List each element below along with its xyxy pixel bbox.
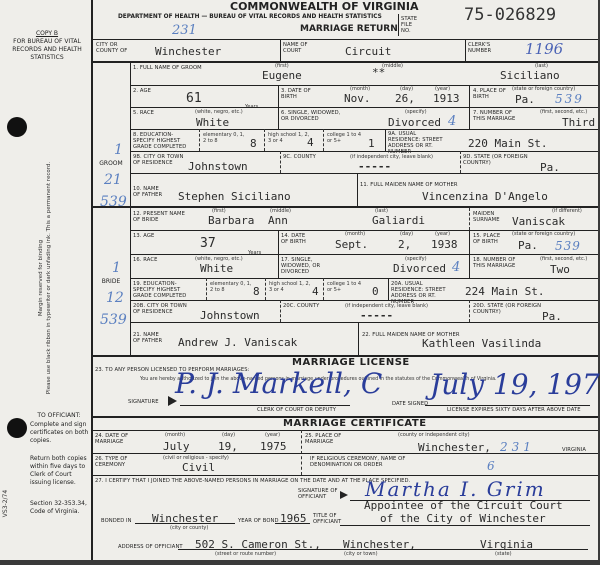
divider (469, 85, 470, 107)
court-value: Circuit (345, 46, 391, 58)
hint-day: (day) (222, 432, 235, 438)
divider (469, 300, 470, 322)
groom-marriage-number-label: 7. NUMBER OF THIS MARRIAGE (473, 110, 518, 122)
bond-year-label: YEAR OF BOND (238, 518, 279, 524)
college-hint: college 1 to 4 or 5+ (327, 281, 367, 293)
bride-race-label: 16. RACE (133, 257, 157, 263)
bride-father: Andrew J. Vaniscak (178, 337, 297, 349)
city-value: Winchester (155, 46, 221, 58)
marriage-place-code: 231 (500, 440, 535, 454)
marriage-year: 1975 (260, 441, 287, 453)
marriage-number-hint: (first, second, etc.) (540, 109, 587, 115)
maiden-hint: (if different) (552, 208, 582, 214)
groom-father: Stephen Siciliano (178, 191, 291, 203)
bride-marriage-number: Two (550, 264, 570, 276)
certify-statement: 27. I CERTIFY THAT I JOINED THE ABOVE-NA… (95, 478, 410, 484)
rule (135, 523, 235, 524)
divider (278, 85, 279, 107)
divider (265, 278, 266, 300)
divider (199, 129, 200, 151)
court-label: NAME OF COURT (283, 42, 313, 54)
divider (278, 230, 279, 254)
divider (469, 254, 470, 278)
bride-birthplace-label: 15. PLACE OF BIRTH (473, 233, 508, 245)
denomination-label: IF RELIGIOUS CEREMONY, NAME OF DENOMINAT… (310, 456, 420, 468)
rule (93, 475, 598, 476)
state-file-number: 75-026829 (464, 5, 556, 25)
officiant-address-label: ADDRESS OF OFFICIANT (118, 544, 183, 550)
department-line: DEPARTMENT OF HEALTH — BUREAU OF VITAL R… (118, 14, 382, 20)
groom-elementary: 8 (250, 138, 257, 150)
bride-code-2: 12 (106, 290, 124, 306)
divider (278, 107, 279, 129)
divider (465, 39, 466, 61)
date-line (425, 405, 590, 406)
denomination-code: 6 (487, 459, 495, 473)
high-school-hint: high school 1, 2, 3 or 4 (269, 281, 311, 293)
officiant-title-label: TITLE OF OFFICIANT (313, 513, 341, 525)
divider (469, 107, 470, 129)
high-school-hint: high school 1, 2, 3 or 4 (268, 132, 310, 144)
groom-dob-label: 3. DATE OF BIRTH (281, 88, 311, 100)
bride-education-label: 19. EDUCATION-SPECIFY HIGHEST GRADE COMP… (133, 281, 193, 299)
divider (469, 230, 470, 254)
groom-dob-day: 26, (395, 93, 415, 105)
officiant-title-line1: Appointee of the Circuit Court (364, 500, 563, 512)
groom-high-school: 4 (307, 137, 314, 149)
groom-education-label: 8. EDUCATION-SPECIFY HIGHEST GRADE COMPL… (133, 132, 193, 150)
form-title: COMMONWEALTH OF VIRGINIA (230, 0, 418, 13)
bride-status: Divorced (393, 263, 446, 275)
bride-age-label: 13. AGE (133, 233, 154, 239)
code-annotation-231: 231 (172, 23, 197, 38)
marriage-month: July (163, 441, 190, 453)
bride-label: BRIDE (93, 278, 129, 286)
divider (385, 129, 386, 151)
groom-father-label: 10. NAME OF FATHER (133, 186, 163, 198)
bride-county-label: 20c. COUNTY (283, 303, 319, 309)
binding-hole-top (7, 117, 27, 137)
bride-maiden-label: MAIDEN SURNAME (473, 211, 503, 223)
bride-name-label: 12. PRESENT NAME OF BRIDE (133, 211, 193, 223)
rule (130, 151, 598, 152)
divider (323, 129, 324, 151)
divider (278, 254, 279, 278)
rule (130, 129, 598, 130)
marriage-number-hint: (first, second, etc.) (540, 256, 587, 262)
officiant-instructions-title: TO OFFICIANT: (24, 412, 94, 420)
hint-year: (year) (265, 432, 280, 438)
groom-mother-label: 11. FULL MAIDEN NAME OF MOTHER (360, 182, 460, 188)
bride-dob-day: 2, (398, 239, 411, 251)
groom-middle-name: ** (372, 67, 385, 79)
bride-college: 0 (372, 286, 379, 298)
hint-month: (month) (345, 231, 365, 237)
groom-mother: Vincenzina D'Angelo (422, 191, 548, 203)
street-hint: (street or route number) (215, 551, 276, 557)
bride-age: 37 (200, 238, 216, 250)
rule (130, 107, 598, 108)
race-hint: (white, negro, etc.) (195, 109, 243, 115)
clerk-signature: P. J. Markell, C (175, 367, 382, 400)
divider (357, 173, 358, 206)
bride-dob-year: 1938 (431, 239, 458, 251)
bride-maiden-surname: Vaniscak (512, 216, 565, 228)
clerk-label: CLERK OF COURT OR DEPUTY (257, 407, 336, 413)
bride-first-name: Barbara (208, 215, 254, 227)
signature-line (180, 405, 350, 406)
groom-dob-year: 1913 (433, 93, 460, 105)
ceremony-type-label: 26. TYPE OF CEREMONY (95, 456, 135, 468)
groom-last-name: Siciliano (500, 70, 560, 82)
clerk-number-label: CLERK'S NUMBER (468, 42, 498, 54)
rule (93, 206, 598, 208)
groom-race-label: 5. RACE (133, 110, 154, 116)
bride-birthplace: Pa. (518, 240, 538, 252)
bride-status-label: 17. SINGLE, WIDOWED, OR DIVORCED (281, 257, 341, 275)
rule (130, 322, 598, 323)
rule (130, 254, 598, 255)
bride-status-code: 4 (452, 260, 460, 275)
divider (280, 300, 281, 322)
ceremony-type: Civil (182, 462, 215, 474)
bride-mother: Kathleen Vasilinda (422, 338, 541, 350)
groom-code-2: 21 (104, 172, 122, 188)
marriage-day: 19, (218, 441, 238, 453)
bride-last-name: Galiardi (372, 215, 425, 227)
marriage-return-form: COPY B FOR BUREAU OF VITAL RECORDS AND H… (0, 0, 598, 560)
groom-birthplace: Pa. (515, 94, 535, 106)
status-hint: (specify) (405, 109, 427, 115)
bride-high-school: 4 (312, 286, 319, 298)
officiant-title-line2: of the City of Winchester (380, 513, 546, 525)
certificate-section-title: MARRIAGE CERTIFICATE (283, 418, 427, 429)
groom-city-label: 9b. CITY OR TOWN OF RESIDENCE (133, 154, 188, 166)
bride-middle-name: Ann (268, 215, 288, 227)
groom-marriage-number: Third (562, 117, 595, 129)
ink-note: Margin reserved for binding Please use b… (37, 113, 53, 443)
groom-first-name: Eugene (262, 70, 302, 82)
state-hint: (state) (495, 551, 512, 557)
copy-label: COPY B (15, 30, 79, 38)
divider (398, 14, 399, 36)
bride-dob-month: Sept. (335, 239, 368, 251)
hint-month: (month) (165, 432, 185, 438)
divider (264, 129, 265, 151)
groom-status-label: 6. SINGLE, WIDOWED, OR DIVORCED (281, 110, 341, 122)
years-label: Years (248, 250, 261, 256)
bride-father-label: 21. NAME OF FATHER (133, 332, 163, 344)
groom-age-label: 2. AGE (133, 88, 151, 94)
groom-college: 1 (368, 138, 375, 150)
rule (275, 523, 310, 524)
groom-city: Johnstown (188, 161, 248, 173)
officiant-signature-label: SIGNATURE OF OFFICIANT (298, 488, 338, 500)
copy-description: FOR BUREAU OF VITAL RECORDS AND HEALTH S… (2, 38, 92, 62)
section-reference: Section 32-353.34, Code of Virginia. (30, 500, 92, 516)
hint-day: (day) (400, 231, 413, 237)
rule (130, 173, 598, 174)
bride-residence-label: 20a. USUAL RESIDENCE: STREET ADDRESS OR … (391, 281, 446, 305)
bride-city-label: 20b. CITY OR TOWN OF RESIDENCE (133, 303, 188, 315)
groom-dob-month: Nov. (344, 93, 371, 105)
form-name: MARRIAGE RETURN (300, 24, 398, 34)
bonded-in-label: BONDED IN (101, 518, 132, 524)
groom-state-label: 9d. STATE (OR FOREIGN COUNTRY) (463, 154, 533, 166)
rule (93, 430, 598, 431)
binding-hole-bottom (7, 418, 27, 438)
groom-status-code: 4 (448, 114, 456, 129)
groom-code-1: 1 (114, 142, 123, 158)
signature-arrow-icon (340, 491, 348, 499)
bride-marriage-number-label: 18. NUMBER OF THIS MARRIAGE (473, 257, 518, 269)
binding-note: Margin reserved for binding (37, 113, 45, 443)
divider (358, 322, 359, 355)
divider (460, 151, 461, 173)
bride-dob-label: 14. DATE OF BIRTH (281, 233, 311, 245)
divider (323, 278, 324, 300)
divider (469, 208, 470, 230)
groom-birthplace-label: 4. PLACE OF BIRTH (473, 88, 508, 100)
marriage-date-label: 24. DATE OF MARRIAGE (95, 433, 135, 445)
groom-label: GROOM (93, 160, 129, 168)
bride-birthplace-code: 539 (555, 239, 581, 253)
bride-state-label: 20d. STATE (OR FOREIGN COUNTRY) (473, 303, 543, 315)
officiant-instructions-1: Complete and sign certificates on both c… (30, 421, 92, 445)
elementary-hint: elementary 0, 1, 2 to 8 (203, 132, 248, 144)
divider (280, 151, 281, 173)
clerk-number-value: 1196 (525, 40, 563, 58)
bride-code-1: 1 (112, 260, 121, 276)
divider (388, 278, 389, 300)
form-code: VS3-2/74 (2, 490, 9, 517)
groom-name-label: 1. FULL NAME OF GROOM (133, 65, 203, 71)
groom-residence: 220 Main St. (468, 138, 547, 150)
bride-residence: 224 Main St. (465, 286, 544, 298)
rule (340, 525, 590, 526)
groom-birthplace-code: 539 (555, 92, 584, 106)
city-hint: (city or town) (344, 551, 378, 557)
elementary-hint: elementary 0, 1, 2 to 8 (210, 281, 255, 293)
bride-code-3: 539 (100, 312, 127, 328)
groom-age: 61 (186, 93, 202, 105)
permanent-record-note: Please use black ribbon in typewriter or… (45, 113, 53, 443)
officiant-address-city: Winchester, (343, 539, 416, 551)
rule (93, 453, 598, 454)
groom-county-label: 9c. COUNTY (283, 154, 316, 160)
signature-label: SIGNATURE (128, 399, 159, 405)
city-label: CITY OR COUNTY OF (96, 42, 136, 54)
rule (130, 300, 598, 301)
place-hint: (county or independent city) (398, 432, 470, 438)
bride-race: White (200, 263, 233, 275)
bonded-hint: (city or county) (170, 525, 208, 531)
license-expiry-note: LICENSE EXPIRES SIXTY DAYS AFTER ABOVE D… (447, 407, 581, 413)
rule (130, 278, 598, 279)
rule (93, 61, 598, 63)
officiant-signature: Martha I. Grim (365, 477, 546, 501)
state-file-label: STATE FILE NO. (401, 16, 421, 34)
divider (206, 278, 207, 300)
date-signed-label: DATE SIGNED (392, 401, 428, 407)
hint-year: (year) (435, 231, 450, 237)
bride-county: ----- (360, 310, 393, 322)
officiant-address-state: Virginia (480, 539, 533, 551)
birthplace-hint: (state or foreign country) (512, 231, 575, 237)
college-hint: college 1 to 4 or 5+ (327, 132, 367, 144)
officiant-instructions-2: Return both copies within five days to C… (30, 455, 92, 487)
divider (280, 39, 281, 61)
marriage-place-label: 25. PLACE OF MARRIAGE (305, 433, 345, 445)
rule (93, 39, 598, 40)
groom-status: Divorced (388, 117, 441, 129)
bride-city: Johnstown (200, 310, 260, 322)
groom-county: ----- (358, 161, 391, 173)
groom-race: White (196, 117, 229, 129)
bride-elementary: 8 (253, 286, 260, 298)
date-signed-value: July 19, 1975 (430, 368, 600, 401)
